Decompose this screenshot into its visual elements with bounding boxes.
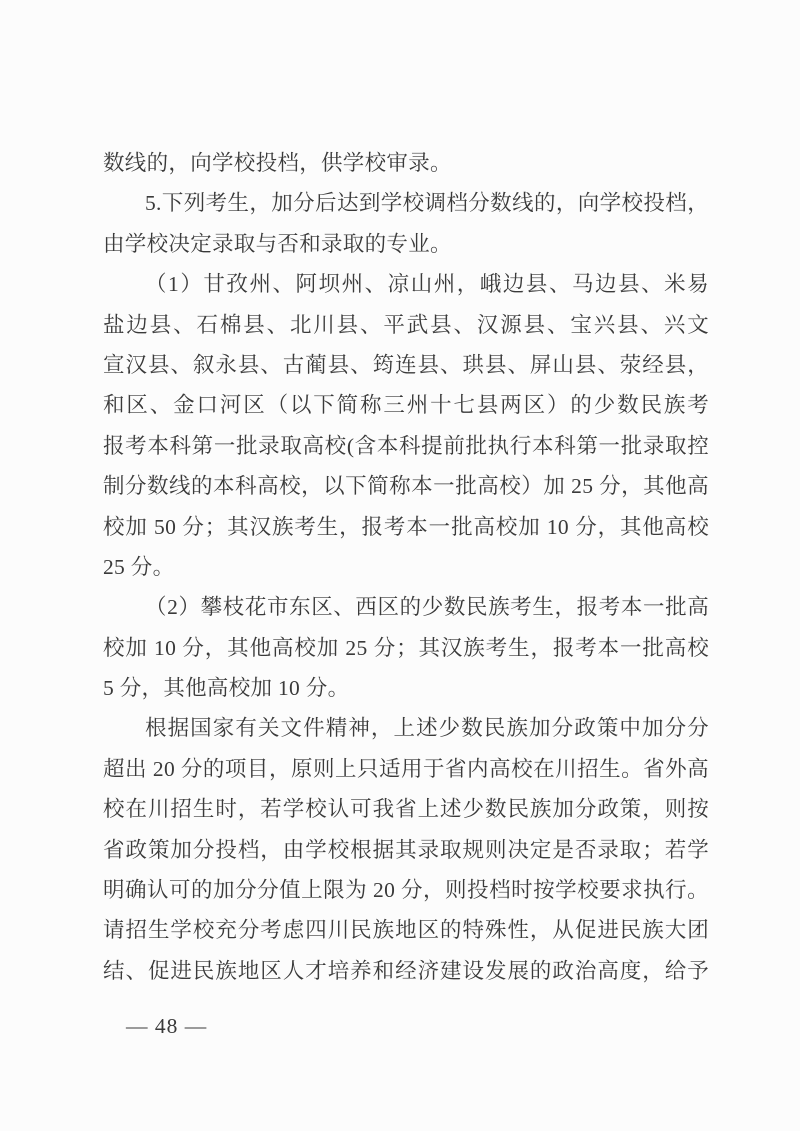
body-text-line: 5 分，其他高校加 10 分。 [103, 668, 709, 708]
body-text-line: 根据国家有关文件精神，上述少数民族加分政策中加分分值 [103, 708, 709, 748]
scanned-document-page: 数线的，向学校投档，供学校审录。 5.下列考生，加分后达到学校调档分数线的，向学… [0, 0, 800, 1131]
page-body: 数线的，向学校投档，供学校审录。 5.下列考生，加分后达到学校调档分数线的，向学… [103, 143, 709, 991]
page-number: — 48 — [126, 1006, 207, 1046]
paragraph-continuation: 数线的，向学校投档，供学校审录。 [103, 143, 709, 183]
body-text-line: 超出 20 分的项目，原则上只适用于省内高校在川招生。省外高 [103, 749, 709, 789]
body-text-line: 校加 10 分，其他高校加 25 分；其汉族考生，报考本一批高校加 [103, 628, 709, 668]
body-text-line: 和区、金口河区（以下简称三州十七县两区）的少数民族考生， [103, 385, 709, 425]
body-text-line: 5.下列考生，加分后达到学校调档分数线的，向学校投档， [103, 183, 709, 223]
body-text-line: 校在川招生时，若学校认可我省上述少数民族加分政策，则按我 [103, 789, 709, 829]
body-text-line: 盐边县、石棉县、北川县、平武县、汉源县、宝兴县、兴文县、 [103, 305, 709, 345]
body-text-line: 宣汉县、叙永县、古蔺县、筠连县、珙县、屏山县、荥经县，仁 [103, 345, 709, 385]
body-text-line: 25 分。 [103, 547, 709, 587]
paragraph-sub-item-2: （2）攀枝花市东区、西区的少数民族考生，报考本一批高 校加 10 分，其他高校加… [103, 587, 709, 708]
body-text-line: （1）甘孜州、阿坝州、凉山州，峨边县、马边县、米易县、 [103, 264, 709, 304]
body-text-line: 请招生学校充分考虑四川民族地区的特殊性，从促进民族大团 [103, 910, 709, 950]
paragraph-item-5: 5.下列考生，加分后达到学校调档分数线的，向学校投档， 由学校决定录取与否和录取… [103, 183, 709, 264]
body-text-line: 制分数线的本科高校，以下简称本一批高校）加 25 分，其他高 [103, 466, 709, 506]
body-text-line: 省政策加分投档，由学校根据其录取规则决定是否录取；若学校 [103, 830, 709, 870]
body-text-line: 由学校决定录取与否和录取的专业。 [103, 224, 709, 264]
body-text-line: 报考本科第一批录取高校(含本科提前批执行本科第一批录取控 [103, 426, 709, 466]
paragraph-policy-note: 根据国家有关文件精神，上述少数民族加分政策中加分分值 超出 20 分的项目，原则… [103, 708, 709, 991]
body-text-line: 数线的，向学校投档，供学校审录。 [103, 143, 709, 183]
body-text-line: 结、促进民族地区人才培养和经济建设发展的政治高度，给予理 [103, 951, 709, 991]
paragraph-sub-item-1: （1）甘孜州、阿坝州、凉山州，峨边县、马边县、米易县、 盐边县、石棉县、北川县、… [103, 264, 709, 587]
body-text-line: 校加 50 分；其汉族考生，报考本一批高校加 10 分，其他高校加 [103, 507, 709, 547]
body-text-line: （2）攀枝花市东区、西区的少数民族考生，报考本一批高 [103, 587, 709, 627]
body-text-line: 明确认可的加分分值上限为 20 分，则投档时按学校要求执行。 [103, 870, 709, 910]
